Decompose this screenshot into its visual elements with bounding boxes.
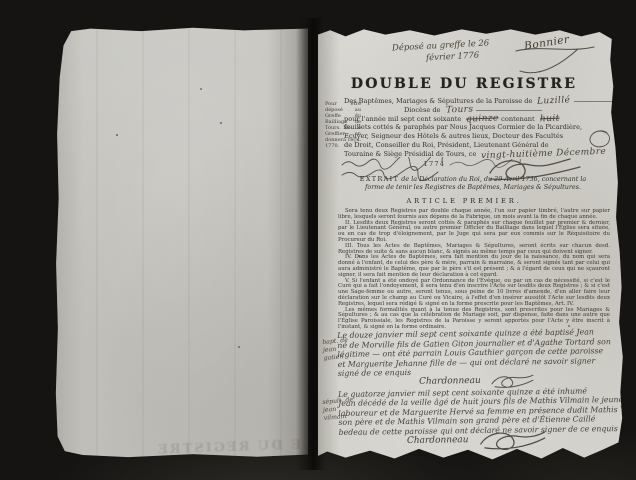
register-title: DOUBLE DU REGISTRE: [318, 76, 610, 92]
rule-line: [476, 109, 542, 111]
paper-speck: [238, 346, 240, 348]
article-paragraph: II. Lesdits deux Registres seront cottés…: [338, 221, 610, 244]
article-paragraph: V. Si l'enfant a été ondoyé par Ordonnan…: [338, 279, 610, 308]
preamble-text: Diocèse de: [404, 106, 440, 114]
register-scan: DOUBLE DU REGISTRE Déposé au greffe le 2…: [0, 0, 636, 480]
article-paragraph: Sera tenu deux Registres par double chaq…: [338, 209, 610, 221]
preamble-line: pour l'année mil sept cent soixante quin…: [344, 115, 602, 124]
handwritten-entries: Le douze janvier mil sept cent soixante …: [337, 327, 617, 448]
paper-speck: [116, 134, 118, 136]
year-word-struck: quinze: [466, 114, 499, 124]
burial-entry: Le quatorze janvier mil sept cent soixan…: [338, 386, 617, 448]
preamble-line: Diocèse de Tours: [344, 106, 602, 115]
paper-speck: [568, 325, 570, 327]
preamble-text: pour l'année mil sept cent soixante: [344, 115, 461, 123]
preamble-text: Des Baptêmes, Mariages & Sépultures de l…: [344, 97, 532, 105]
printed-margin-note: Pour être déposé au Greffe du Bailliage …: [325, 101, 361, 149]
baptism-entry: Le douze janvier mil sept cent soixante …: [337, 327, 616, 389]
extrait-text: de la Déclaration du Roi, du 29 Avril 17…: [365, 175, 586, 191]
preamble-text: contenant: [501, 115, 535, 123]
large-paraph-flourish: [476, 429, 548, 452]
circle-paraph-flourish: [586, 128, 612, 150]
right-page-printed-recto: Déposé au greffe le 26 février 1776 Bonn…: [318, 25, 624, 462]
left-page-blank-verso: DOUBLE DU REGISTRE: [52, 26, 308, 458]
priest-signature: Chardonneau: [407, 436, 469, 446]
paper-speck: [220, 122, 222, 124]
article-premier-heading: ARTICLE PREMIER.: [318, 197, 610, 205]
folio-count-struck: huit: [540, 114, 560, 123]
article-paragraph: IV. Dans les Actes de Baptêmes, sera fai…: [338, 255, 610, 278]
paper-speck: [358, 255, 360, 257]
priest-signature: Chardonneau: [419, 377, 481, 387]
extrait-heading: EXTRAIT de la Déclaration du Roi, du 29 …: [358, 176, 588, 191]
paper-speck: [200, 88, 202, 90]
parish-name-handwritten: Luzillé: [537, 96, 571, 106]
preamble-line: Ecuyer, Seigneur des Hôtels & autres lie…: [344, 132, 602, 141]
preamble-line: Des Baptêmes, Mariages & Sépultures de l…: [344, 97, 602, 106]
deposit-note-line2: février 1776: [426, 51, 480, 64]
rule-line: [574, 100, 630, 102]
articles-block: Sera tenu deux Registres par double chaq…: [338, 209, 610, 331]
signature-flourish: [514, 45, 598, 79]
preamble-line: feuillets cottés & paraphés par Nous Jac…: [344, 123, 602, 132]
